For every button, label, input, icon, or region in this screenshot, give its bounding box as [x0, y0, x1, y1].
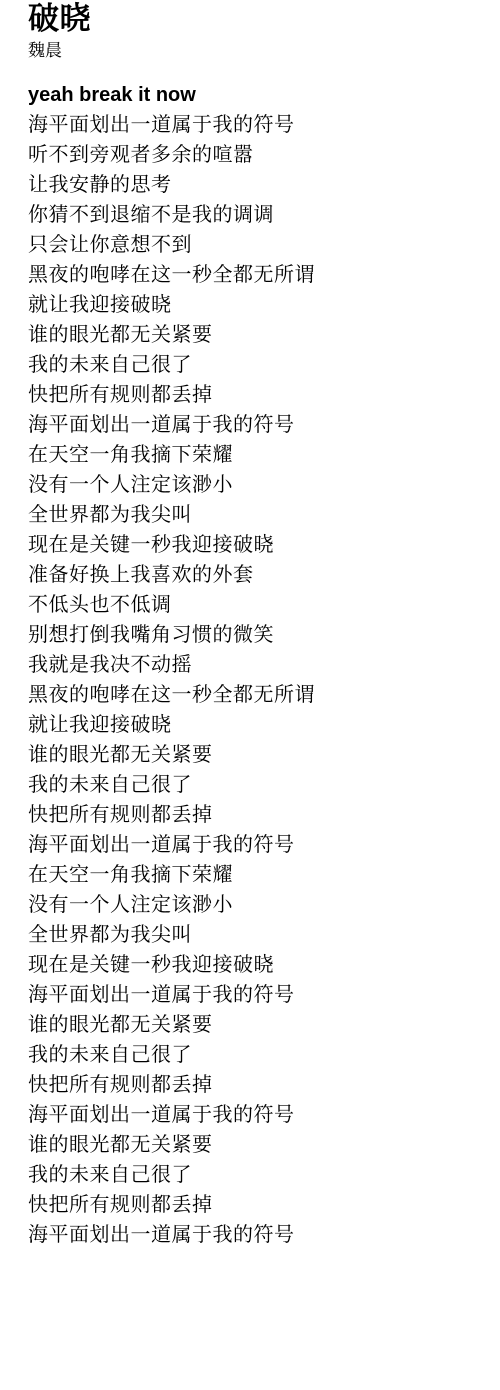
song-title: 破晓 [28, 0, 480, 38]
lyric-line: 快把所有规则都丢掉 [28, 1190, 480, 1220]
lyric-line: 谁的眼光都无关紧要 [28, 320, 480, 350]
lyric-line: 没有一个人注定该渺小 [28, 470, 480, 500]
lyric-line: 海平面划出一道属于我的符号 [28, 830, 480, 860]
lyric-line: 黑夜的咆哮在这一秒全都无所谓 [28, 680, 480, 710]
lyric-line: 海平面划出一道属于我的符号 [28, 1100, 480, 1130]
lyric-line: 只会让你意想不到 [28, 230, 480, 260]
lyric-line: 我的未来自己很了 [28, 350, 480, 380]
lyric-line: 海平面划出一道属于我的符号 [28, 110, 480, 140]
lyric-line: 让我安静的思考 [28, 170, 480, 200]
artist-name: 魏晨 [28, 40, 480, 62]
lyric-line: 我的未来自己很了 [28, 1160, 480, 1190]
lyric-line: 快把所有规则都丢掉 [28, 1070, 480, 1100]
lyric-line: 不低头也不低调 [28, 590, 480, 620]
lyric-line: 准备好换上我喜欢的外套 [28, 560, 480, 590]
lyric-line: 谁的眼光都无关紧要 [28, 1130, 480, 1160]
lyric-line: 你猜不到退缩不是我的调调 [28, 200, 480, 230]
lyric-line: 海平面划出一道属于我的符号 [28, 1220, 480, 1250]
lyric-line: 海平面划出一道属于我的符号 [28, 410, 480, 440]
lyric-line: 谁的眼光都无关紧要 [28, 1010, 480, 1040]
lyric-line: 全世界都为我尖叫 [28, 920, 480, 950]
lyric-line: 现在是关键一秒我迎接破晓 [28, 950, 480, 980]
lyric-line: 听不到旁观者多余的喧嚣 [28, 140, 480, 170]
lyric-line: 在天空一角我摘下荣耀 [28, 860, 480, 890]
lyric-line: 我的未来自己很了 [28, 770, 480, 800]
lyric-line: 在天空一角我摘下荣耀 [28, 440, 480, 470]
lyric-line: 就让我迎接破晓 [28, 710, 480, 740]
lyric-line: 现在是关键一秒我迎接破晓 [28, 530, 480, 560]
lyric-intro-line: yeah break it now [28, 80, 480, 110]
lyrics-list: yeah break it now 海平面划出一道属于我的符号听不到旁观者多余的… [28, 80, 480, 1250]
lyric-line: 快把所有规则都丢掉 [28, 380, 480, 410]
lyric-line: 没有一个人注定该渺小 [28, 890, 480, 920]
lyric-line: 黑夜的咆哮在这一秒全都无所谓 [28, 260, 480, 290]
lyric-line: 我的未来自己很了 [28, 1040, 480, 1070]
lyric-line: 快把所有规则都丢掉 [28, 800, 480, 830]
lyric-line: 我就是我决不动摇 [28, 650, 480, 680]
lyric-line: 海平面划出一道属于我的符号 [28, 980, 480, 1010]
lyric-line: 全世界都为我尖叫 [28, 500, 480, 530]
lyric-line: 就让我迎接破晓 [28, 290, 480, 320]
lyric-line: 别想打倒我嘴角习惯的微笑 [28, 620, 480, 650]
lyrics-page: 破晓 魏晨 yeah break it now 海平面划出一道属于我的符号听不到… [0, 0, 500, 1250]
lyric-line: 谁的眼光都无关紧要 [28, 740, 480, 770]
